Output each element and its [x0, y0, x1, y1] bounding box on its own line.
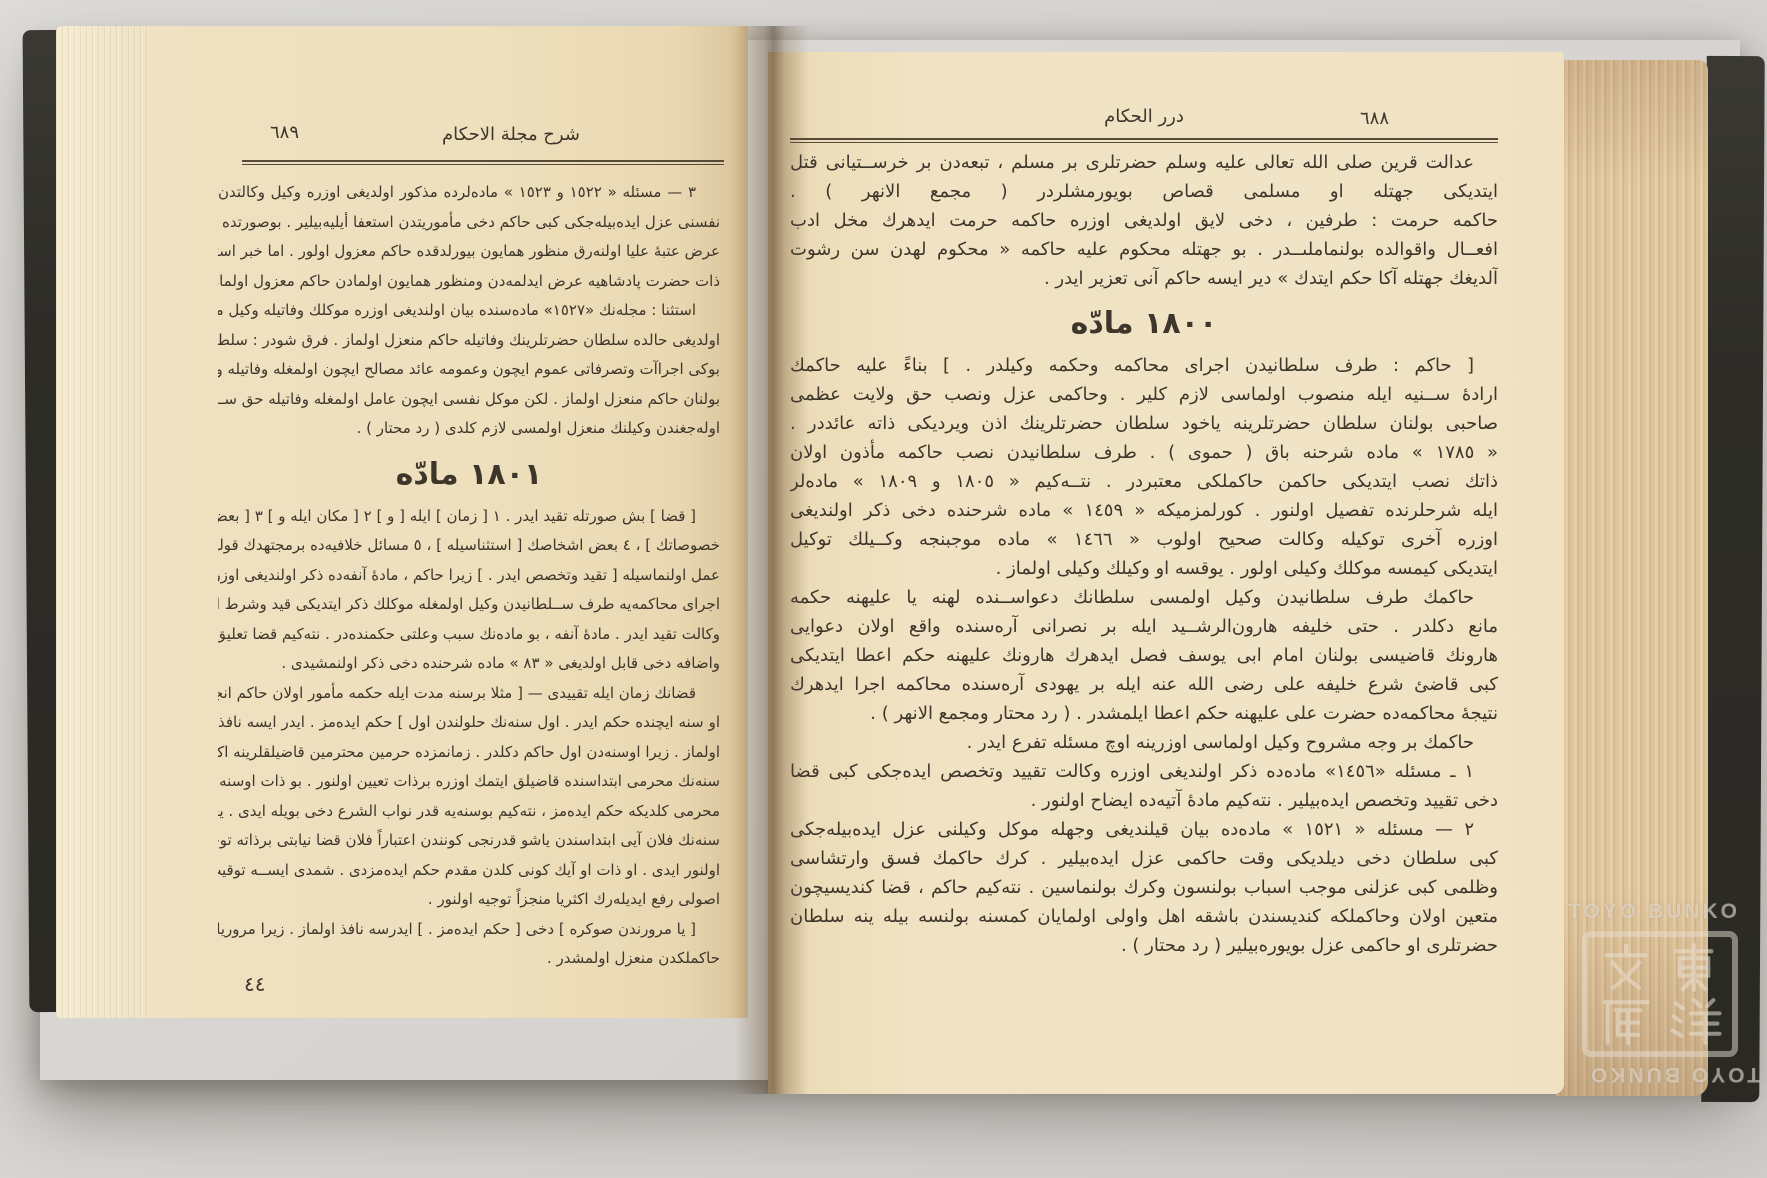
text-line: اوله‌جغندن وكيلنك منعزل اولمسى لازم كلدى… — [218, 414, 720, 444]
paragraph: حاكمك بر وجه مشروح وكيل اولماسى اوزرينه … — [790, 728, 1498, 757]
text-line: [ قضا ] بش صورتله تقيد ايدر . ١ [ زمان ]… — [218, 502, 720, 532]
text-line: وكالت تقيد ايدر . مادهٔ آنفه ، بو ماده‌ن… — [218, 620, 720, 650]
text-line: استثنا : مجله‌نك «١٥٢٧» ماده‌سنده بيان ا… — [218, 296, 720, 326]
text-line: خصوصاتك ] ، ٤ بعض اشخاصك [ استثناسيله ] … — [218, 531, 720, 561]
paragraph: [ يا مرورندن صوكره ] دخى [ حكم ايده‌مز .… — [218, 915, 720, 974]
text-line: واضافه دخى قابل اولديغى « ٨٣ » ماده شرحن… — [218, 649, 720, 679]
text-line: حاكمه حرمت : طرفين ، دخى لايق اولديغى او… — [790, 206, 1498, 235]
text-line: دخى تقييد وتخصص ايده‌بيلير . نته‌كيم ماد… — [790, 786, 1498, 815]
article-heading: ١٨٠١ مادّه — [218, 455, 720, 495]
text-line: « ١٧٨٥ » ماده شرحنه باق ( حموى ) . طرف س… — [790, 438, 1498, 467]
text-line: متعين اولان وحاكملكه كنديسندن باشقه اهل … — [790, 902, 1498, 931]
text-line: افعــال واقوالده بولنماملىــدر . بو جهتل… — [790, 235, 1498, 264]
text-line: عرض عتبهٔ عليا اولنه‌رق منظور همايون بيو… — [218, 237, 720, 267]
text-line: هارونك قاضيسى بولنان امام ابى يوسف فصل ا… — [790, 641, 1498, 670]
text-line: [ حاكم : طرف سلطانيدن اجراى محاكمه وحكمه… — [790, 351, 1498, 380]
text-line: وظلمى كبى عزلنى موجب اسباب بولنسون وكرك … — [790, 873, 1498, 902]
text-line: ذات حضرت پادشاهيه عرض ايدلمه‌دن ومنظور ه… — [218, 267, 720, 297]
left-page-stack-edge — [56, 26, 151, 1018]
right-header-title: درر الحكام — [790, 106, 1498, 127]
text-line: عمل اولنماسيله [ تقيد وتخصص ايدر . ] زير… — [218, 561, 720, 591]
signature-mark: ٤٤ — [244, 972, 265, 996]
paragraph: استثنا : مجله‌نك «١٥٢٧» ماده‌سنده بيان ا… — [218, 296, 720, 444]
text-line: [ يا مرورندن صوكره ] دخى [ حكم ايده‌مز .… — [218, 915, 720, 945]
text-line: محرمى كلديكه حكم ايده‌مز ، نته‌كيم بوسنه… — [218, 797, 720, 827]
text-line: نتيجهٔ محاكمه‌ده حضرت على عليهنه حكم اعط… — [790, 699, 1498, 728]
text-line: آلديغك جهتله آكا حكم ايتدك » دير ايسه حا… — [790, 264, 1498, 293]
right-page-body: عدالت قرين صلى الله تعالى عليه وسلم حضرت… — [790, 148, 1498, 960]
fore-edge-page-stack — [1556, 60, 1708, 1096]
text-line: ٢ — مسئله « ١٥٢١ » ماده‌ده بيان قيلنديغى… — [790, 815, 1498, 844]
text-line: اولنور ايدى . او ذات او آيك كونى كلدن مق… — [218, 856, 720, 886]
text-line: ١ ـ مسئله «١٤٥٦» ماده‌ده ذكر اولنديغى او… — [790, 757, 1498, 786]
text-line: ايتديكى كيمسه موكلك وكيلى اولور . يوقسه … — [790, 554, 1498, 583]
left-page: ٦٨٩ شرح مجلة الاحكام ٣ — مسئله « ١٥٢٢ و … — [56, 26, 748, 1018]
article-heading: ١٨٠٠ مادّه — [790, 304, 1498, 344]
text-line: ذاتك نصب ايتديكى حاكمن حاكملكى معتبردر .… — [790, 467, 1498, 496]
left-header-title: شرح مجلة الاحكام — [261, 124, 761, 145]
paragraph: حاكمك طرف سلطانيدن وكيل اولمسى سلطانك دع… — [790, 583, 1498, 728]
text-line: حاكملكدن منعزل اولمشدر . — [218, 944, 720, 974]
paragraph: ١ ـ مسئله «١٤٥٦» ماده‌ده ذكر اولنديغى او… — [790, 757, 1498, 815]
text-line: بوكى اجراآت وتصرفاتى عموم ايچون وعمومه ع… — [218, 355, 720, 385]
text-line: اصولى رفع ايديله‌رك اكثريا منجزاً توجيه … — [218, 885, 720, 915]
text-line: عدالت قرين صلى الله تعالى عليه وسلم حضرت… — [790, 148, 1498, 177]
text-line: اولديغى حالده سلطان حضرتلرينك وفاتيله حا… — [218, 326, 720, 356]
right-header-rule — [790, 138, 1498, 143]
text-line: ارادهٔ ســنيه ايله منصوب اولماسى لازم كل… — [790, 380, 1498, 409]
left-header-rule — [242, 160, 724, 165]
text-line: سنه‌نك محرمى ابتداسنده قاضيلق ايتمك اوزر… — [218, 767, 720, 797]
paragraph: [ قضا ] بش صورتله تقيد ايدر . ١ [ زمان ]… — [218, 502, 720, 679]
text-line: حاكمك طرف سلطانيدن وكيل اولمسى سلطانك دع… — [790, 583, 1498, 612]
text-line: حاكمك بر وجه مشروح وكيل اولماسى اوزرينه … — [790, 728, 1498, 757]
paragraph: ٢ — مسئله « ١٥٢١ » ماده‌ده بيان قيلنديغى… — [790, 815, 1498, 960]
paragraph: عدالت قرين صلى الله تعالى عليه وسلم حضرت… — [790, 148, 1498, 293]
text-line: بولنان حاكم منعزل اولماز . لكن موكل نفسى… — [218, 385, 720, 415]
text-line: اجراى محاكمه‌يه طرف ســلطانيدن وكيل اولم… — [218, 590, 720, 620]
text-line: اوزره آخرى توكيله وكالت صحيح اولوب « ١٤٦… — [790, 525, 1498, 554]
text-line: حضرتلرى او حاكمى عزل بويوره‌بيلير ( رد م… — [790, 931, 1498, 960]
left-page-body: ٣ — مسئله « ١٥٢٢ و ١٥٢٣ » ماده‌لرده مذكو… — [218, 178, 720, 974]
text-line: اولماز . زيرا اوسنه‌دن اول حاكم دكلدر . … — [218, 738, 720, 768]
book-cover-right — [1701, 56, 1764, 1102]
text-line: سنه‌نك فلان آيى ابتداسندن ياشو قدرنجى كو… — [218, 826, 720, 856]
text-line: ايتديكى جهتله او مسلمى قصاص بويورمشلردر … — [790, 177, 1498, 206]
text-line: ايله شرحلرنده تفصيل اولنور . كورلمزميكه … — [790, 496, 1498, 525]
text-line: نفسنى عزل ايده‌بيله‌جكى كبى حاكم دخى مأم… — [218, 208, 720, 238]
paragraph: [ حاكم : طرف سلطانيدن اجراى محاكمه وحكمه… — [790, 351, 1498, 583]
text-line: او سنه ايچنده حكم ايدر . اول سنه‌نك حلول… — [218, 708, 720, 738]
paragraph: ٣ — مسئله « ١٥٢٢ و ١٥٢٣ » ماده‌لرده مذكو… — [218, 178, 720, 296]
photo-background: ٦٨٩ شرح مجلة الاحكام ٣ — مسئله « ١٥٢٢ و … — [0, 0, 1767, 1178]
right-page: ٦٨٨ درر الحكام عدالت قرين صلى الله تعالى… — [768, 52, 1564, 1094]
text-line: صاحبى بولنان سلطان حضرتلرينه ياخود سلطان… — [790, 409, 1498, 438]
text-line: كبى قاضئ شرع خليفه على رضى الله عنه ايله… — [790, 670, 1498, 699]
text-line: ٣ — مسئله « ١٥٢٢ و ١٥٢٣ » ماده‌لرده مذكو… — [218, 178, 720, 208]
text-line: كبى سلطان دخى ديلديكى وقت حاكمى عزل ايده… — [790, 844, 1498, 873]
paragraph: قضانك زمان ايله تقييدى — [ مثلا برسنه مد… — [218, 679, 720, 915]
text-line: قضانك زمان ايله تقييدى — [ مثلا برسنه مد… — [218, 679, 720, 709]
text-line: مانع دكلدر . حتى خليفه هارون‌الرشــيد اي… — [790, 612, 1498, 641]
